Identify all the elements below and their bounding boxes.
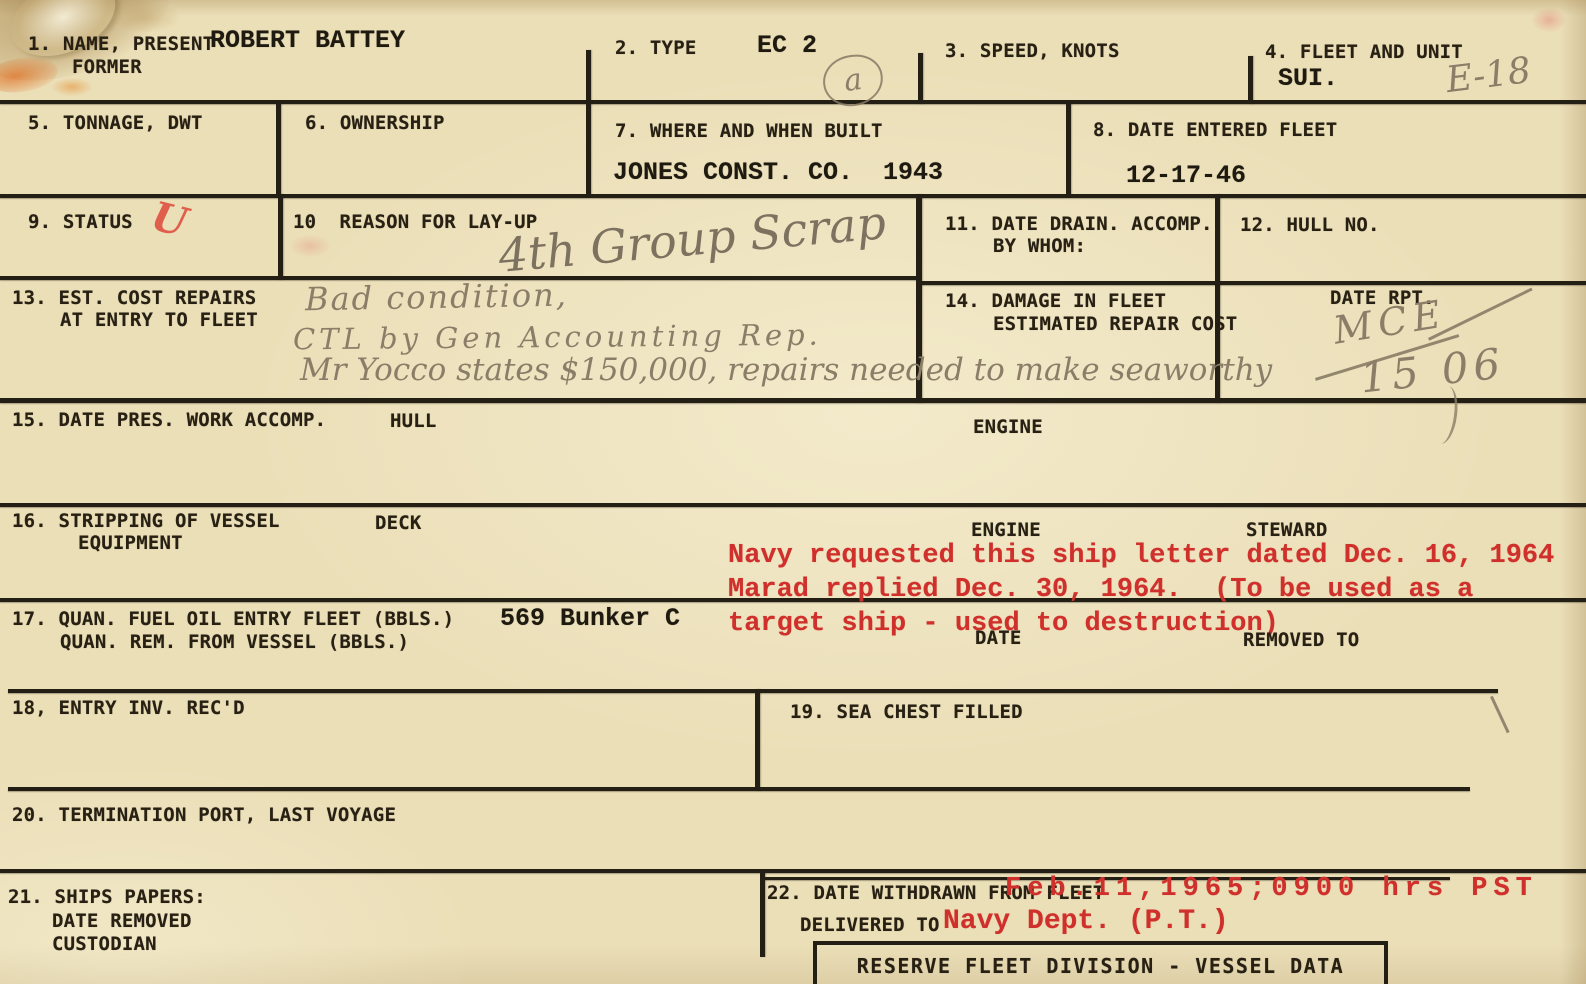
field-20-label: 20. TERMINATION PORT, LAST VOYAGE <box>12 804 396 826</box>
grid-line-h <box>0 503 1586 507</box>
field-11-sublabel: BY WHOM: <box>993 235 1086 257</box>
field-2-value: EC 2 <box>757 31 817 60</box>
grid-line-v <box>1248 56 1253 104</box>
field-3-label: 3. SPEED, KNOTS <box>945 40 1120 62</box>
field-14-sublabel: ESTIMATED REPAIR COST <box>993 313 1237 335</box>
field-22-value: Feb.11,1965;0900 hrs PST <box>1005 874 1538 904</box>
field-11-label: 11. DATE DRAIN. ACCOMP. <box>945 213 1213 235</box>
field-16-col-deck: DECK <box>375 512 422 534</box>
field-10-handwritten: 4th Group Scrap <box>496 195 887 283</box>
field-4-handwritten: E-18 <box>1444 50 1533 101</box>
field-19-label: 19. SEA CHEST FILLED <box>790 701 1023 723</box>
field-4-label: 4. FLEET AND UNIT <box>1265 41 1463 63</box>
field-16-label: 16. STRIPPING OF VESSEL <box>12 510 280 532</box>
grid-line-h <box>0 100 1586 104</box>
field-21-sublabel: DATE REMOVED <box>52 910 192 932</box>
field-17-value: 569 Bunker C <box>500 604 680 633</box>
field-1-sublabel: FORMER <box>72 56 142 78</box>
field-5-label: 5. TONNAGE, DWT <box>28 112 203 134</box>
field-16-col-steward: STEWARD <box>1246 519 1327 541</box>
field-9-status-mark: U <box>147 192 192 246</box>
grid-line-v <box>278 194 283 280</box>
field-7-value: JONES CONST. CO. 1943 <box>613 158 943 187</box>
grid-line-v <box>755 689 760 791</box>
field-1-value: ROBERT BATTEY <box>210 26 405 55</box>
grid-line-h <box>0 398 1586 403</box>
grid-line-v <box>276 102 281 196</box>
paper-stain <box>110 2 180 32</box>
field-13-label: 13. EST. COST REPAIRS <box>12 287 256 309</box>
field-2-label: 2. TYPE <box>615 37 696 59</box>
field-8-value: 12-17-46 <box>1126 161 1246 190</box>
field-17-sublabel: QUAN. REM. FROM VESSEL (BBLS.) <box>60 631 409 653</box>
date-rpt-handwritten: 15 06 <box>1358 339 1508 403</box>
field-15-col-engine: ENGINE <box>973 416 1043 438</box>
field-18-label: 18, ENTRY INV. REC'D <box>12 697 245 719</box>
footer-title: RESERVE FLEET DIVISION - VESSEL DATA <box>857 954 1344 978</box>
footer-title-box: RESERVE FLEET DIVISION - VESSEL DATA <box>813 941 1388 984</box>
field-8-label: 8. DATE ENTERED FLEET <box>1093 119 1337 141</box>
field-6-label: 6. OWNERSHIP <box>305 112 445 134</box>
field-17-col-date: DATE <box>975 627 1022 649</box>
field-15-label: 15. DATE PRES. WORK ACCOMP. <box>12 409 326 431</box>
field-1-label: 1. NAME, PRESENT <box>28 33 214 55</box>
grid-line-h <box>920 281 1586 285</box>
field-15-col-hull: HULL <box>390 410 437 432</box>
paper-stain <box>1532 8 1566 32</box>
red-typed-note-line: Navy requested this ship letter dated De… <box>728 541 1554 571</box>
paper-stain <box>290 235 330 257</box>
field-13-handwritten-line: CTL by Gen Accounting Rep. <box>293 318 822 357</box>
grid-line-v <box>586 50 591 196</box>
field-12-label: 12. HULL NO. <box>1240 214 1380 236</box>
field-9-label: 9. STATUS <box>28 211 133 233</box>
field-16-col-engine: ENGINE <box>971 519 1041 541</box>
field-4-value: SUI. <box>1278 64 1338 93</box>
field-22-sub-value: Navy Dept. (P.T.) <box>943 906 1229 937</box>
field-22-sublabel: DELIVERED TO <box>800 914 940 936</box>
grid-line-v <box>1066 102 1071 196</box>
field-13-sublabel: AT ENTRY TO FLEET <box>60 309 258 331</box>
grid-line-h <box>0 194 1586 198</box>
field-13-handwritten-line: Mr Yocco states $150,000, repairs needed… <box>300 352 1272 388</box>
red-typed-note-line: Marad replied Dec. 30, 1964. (To be used… <box>728 575 1473 605</box>
vessel-data-card: 1. NAME, PRESENT ROBERT BATTEY FORMER 2.… <box>0 0 1586 984</box>
field-13-handwritten-line: Bad condition, <box>305 276 569 319</box>
field-2-annotation: a <box>842 62 865 99</box>
field-14-label: 14. DAMAGE IN FLEET <box>945 290 1166 312</box>
field-21-sublabel: CUSTODIAN <box>52 933 157 955</box>
grid-line-h <box>0 869 1586 873</box>
field-7-label: 7. WHERE AND WHEN BUILT <box>615 120 883 142</box>
field-21-label: 21. SHIPS PAPERS: <box>8 886 206 908</box>
pencil-stroke <box>1490 696 1510 734</box>
field-16-sublabel: EQUIPMENT <box>78 532 183 554</box>
paper-stain <box>0 53 60 97</box>
grid-line-v <box>918 53 923 104</box>
field-17-label: 17. QUAN. FUEL OIL ENTRY FLEET (BBLS.) <box>12 608 454 630</box>
grid-line-v <box>760 871 765 957</box>
grid-line-h <box>8 689 1498 693</box>
paper-stain <box>52 78 92 96</box>
field-17-col-removed-to: REMOVED TO <box>1243 629 1359 651</box>
grid-line-h <box>8 787 1470 791</box>
